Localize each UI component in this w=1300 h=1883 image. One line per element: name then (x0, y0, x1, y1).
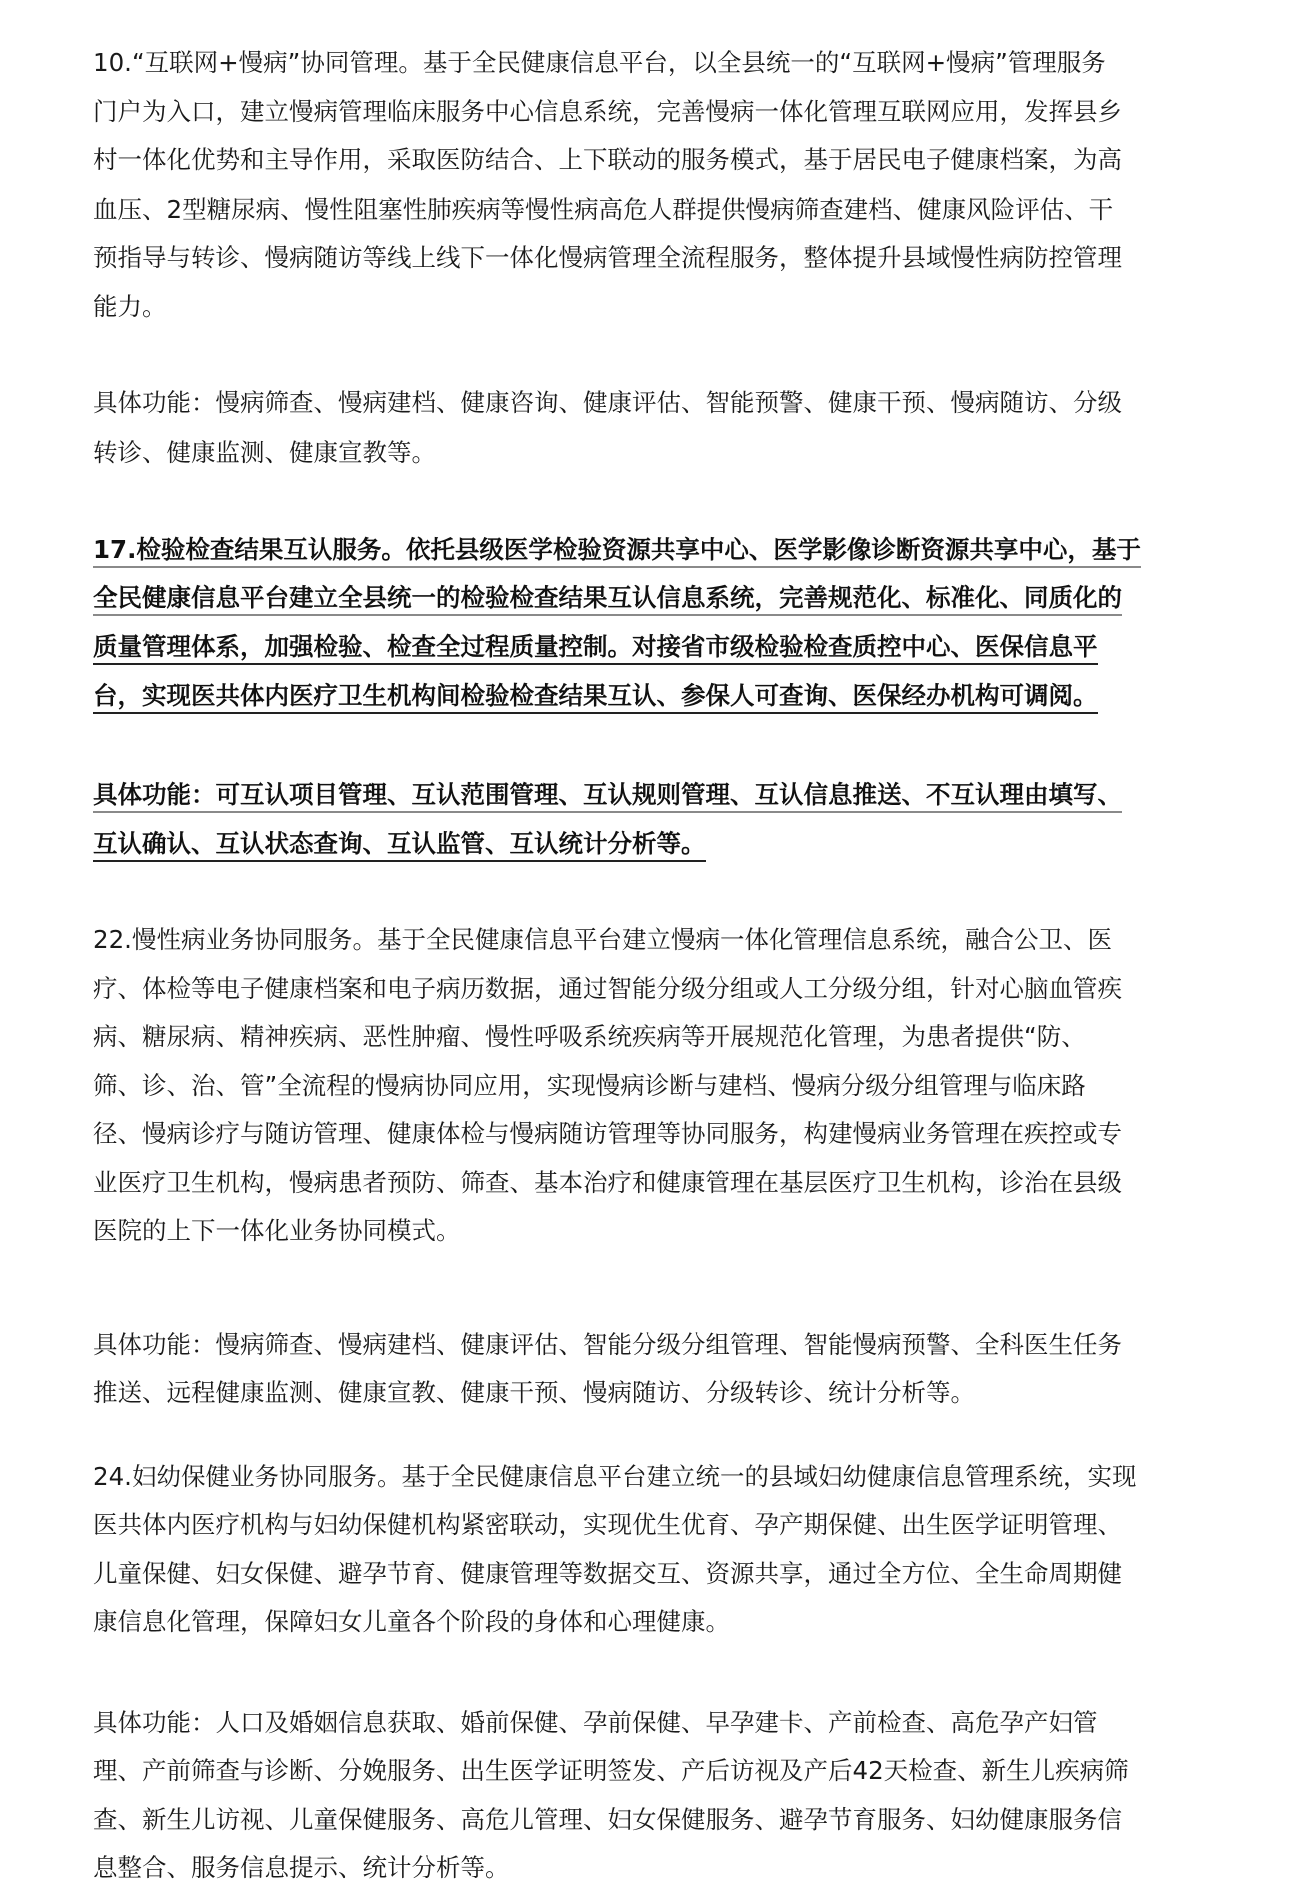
paragraph-line: 径、慢病诊疗与随访管理、健康体检与慢病随访管理等协同服务，构建慢病业务管理在疾控… (93, 1117, 1122, 1151)
paragraph-line: 台，实现医共体内医疗卫生机构间检验检查结果互认、参保人可查询、医保经办机构可调阅… (93, 679, 1098, 713)
paragraph-line: 筛、诊、治、管”全流程的慢病协同应用，实现慢病诊断与建档、慢病分级分组管理与临床… (93, 1069, 1086, 1103)
paragraph-line: 疗、体检等电子健康档案和电子病历数据，通过智能分级分组或人工分级分组，针对心脑血… (93, 972, 1122, 1006)
functions-line: 具体功能：可互认项目管理、互认范围管理、互认规则管理、互认信息推送、不互认理由填… (93, 778, 1122, 812)
paragraph-line: 业医疗卫生机构，慢病患者预防、筛查、基本治疗和健康管理在基层医疗卫生机构，诊治在… (93, 1166, 1122, 1200)
functions-line: 互认确认、互认状态查询、互认监管、互认统计分析等。 (93, 827, 706, 861)
underlined-text: 具体功能：可互认项目管理、互认范围管理、互认规则管理、互认信息推送、不互认理由填… (93, 780, 1122, 813)
functions-line: 具体功能：人口及婚姻信息获取、婚前保健、孕前保健、早孕建卡、产前检查、高危孕产妇… (93, 1706, 1098, 1740)
functions-line: 息整合、服务信息提示、统计分析等。 (93, 1851, 510, 1883)
underlined-text: 全民健康信息平台建立全县统一的检验检查结果互认信息系统，完善规范化、标准化、同质… (93, 583, 1122, 616)
paragraph-line: 医院的上下一体化业务协同模式。 (93, 1214, 461, 1248)
paragraph-line: 22.慢性病业务协同服务。基于全民健康信息平台建立慢病一体化管理信息系统，融合公… (93, 923, 1112, 957)
underlined-text: 质量管理体系，加强检验、检查全过程质量控制。对接省市级检验检查质控中心、医保信息… (93, 632, 1098, 665)
paragraph-line: 24.妇幼保健业务协同服务。基于全民健康信息平台建立统一的县域妇幼健康信息管理系… (93, 1460, 1136, 1494)
underlined-text: 台，实现医共体内医疗卫生机构间检验检查结果互认、参保人可查询、医保经办机构可调阅… (93, 681, 1098, 714)
paragraph-line: 血压、2型糖尿病、慢性阻塞性肺疾病等慢性病高危人群提供慢病筛查建档、健康风险评估… (93, 193, 1113, 227)
paragraph-line: 村一体化优势和主导作用，采取医防结合、上下联动的服务模式，基于居民电子健康档案，… (93, 143, 1122, 177)
functions-line: 转诊、健康监测、健康宣教等。 (93, 436, 436, 470)
paragraph-line: 能力。 (93, 290, 167, 324)
underlined-text: 互认确认、互认状态查询、互认监管、互认统计分析等。 (93, 829, 706, 862)
paragraph-line: 质量管理体系，加强检验、检查全过程质量控制。对接省市级检验检查质控中心、医保信息… (93, 630, 1098, 664)
paragraph-line: 医共体内医疗机构与妇幼保健机构紧密联动，实现优生优育、孕产期保健、出生医学证明管… (93, 1508, 1122, 1542)
paragraph-line: 门户为入口，建立慢病管理临床服务中心信息系统，完善慢病一体化管理互联网应用，发挥… (93, 95, 1122, 129)
paragraph-line: 病、糖尿病、精神疾病、恶性肿瘤、慢性呼吸系统疾病等开展规范化管理，为患者提供“防… (93, 1020, 1086, 1054)
paragraph-line: 儿童保健、妇女保健、避孕节育、健康管理等数据交互、资源共享，通过全方位、全生命周… (93, 1557, 1122, 1591)
paragraph-line: 康信息化管理，保障妇女儿童各个阶段的身体和心理健康。 (93, 1605, 730, 1639)
functions-line: 查、新生儿访视、儿童保健服务、高危儿管理、妇女保健服务、避孕节育服务、妇幼健康服… (93, 1803, 1122, 1837)
paragraph-line: 10.“互联网+慢病”协同管理。基于全民健康信息平台，以全县统一的“互联网+慢病… (93, 46, 1106, 80)
functions-line: 理、产前筛查与诊断、分娩服务、出生医学证明签发、产后访视及产后42天检查、新生儿… (93, 1754, 1129, 1788)
functions-line: 具体功能：慢病筛查、慢病建档、健康评估、智能分级分组管理、智能慢病预警、全科医生… (93, 1328, 1122, 1362)
paragraph-line: 17.检验检查结果互认服务。依托县级医学检验资源共享中心、医学影像诊断资源共享中… (93, 533, 1141, 567)
underlined-text: 17.检验检查结果互认服务。依托县级医学检验资源共享中心、医学影像诊断资源共享中… (93, 535, 1141, 568)
functions-line: 具体功能：慢病筛查、慢病建档、健康咨询、健康评估、智能预警、健康干预、慢病随访、… (93, 386, 1122, 420)
functions-line: 推送、远程健康监测、健康宣教、健康干预、慢病随访、分级转诊、统计分析等。 (93, 1376, 975, 1410)
paragraph-line: 预指导与转诊、慢病随访等线上线下一体化慢病管理全流程服务，整体提升县域慢性病防控… (93, 241, 1122, 275)
paragraph-line: 全民健康信息平台建立全县统一的检验检查结果互认信息系统，完善规范化、标准化、同质… (93, 581, 1122, 615)
